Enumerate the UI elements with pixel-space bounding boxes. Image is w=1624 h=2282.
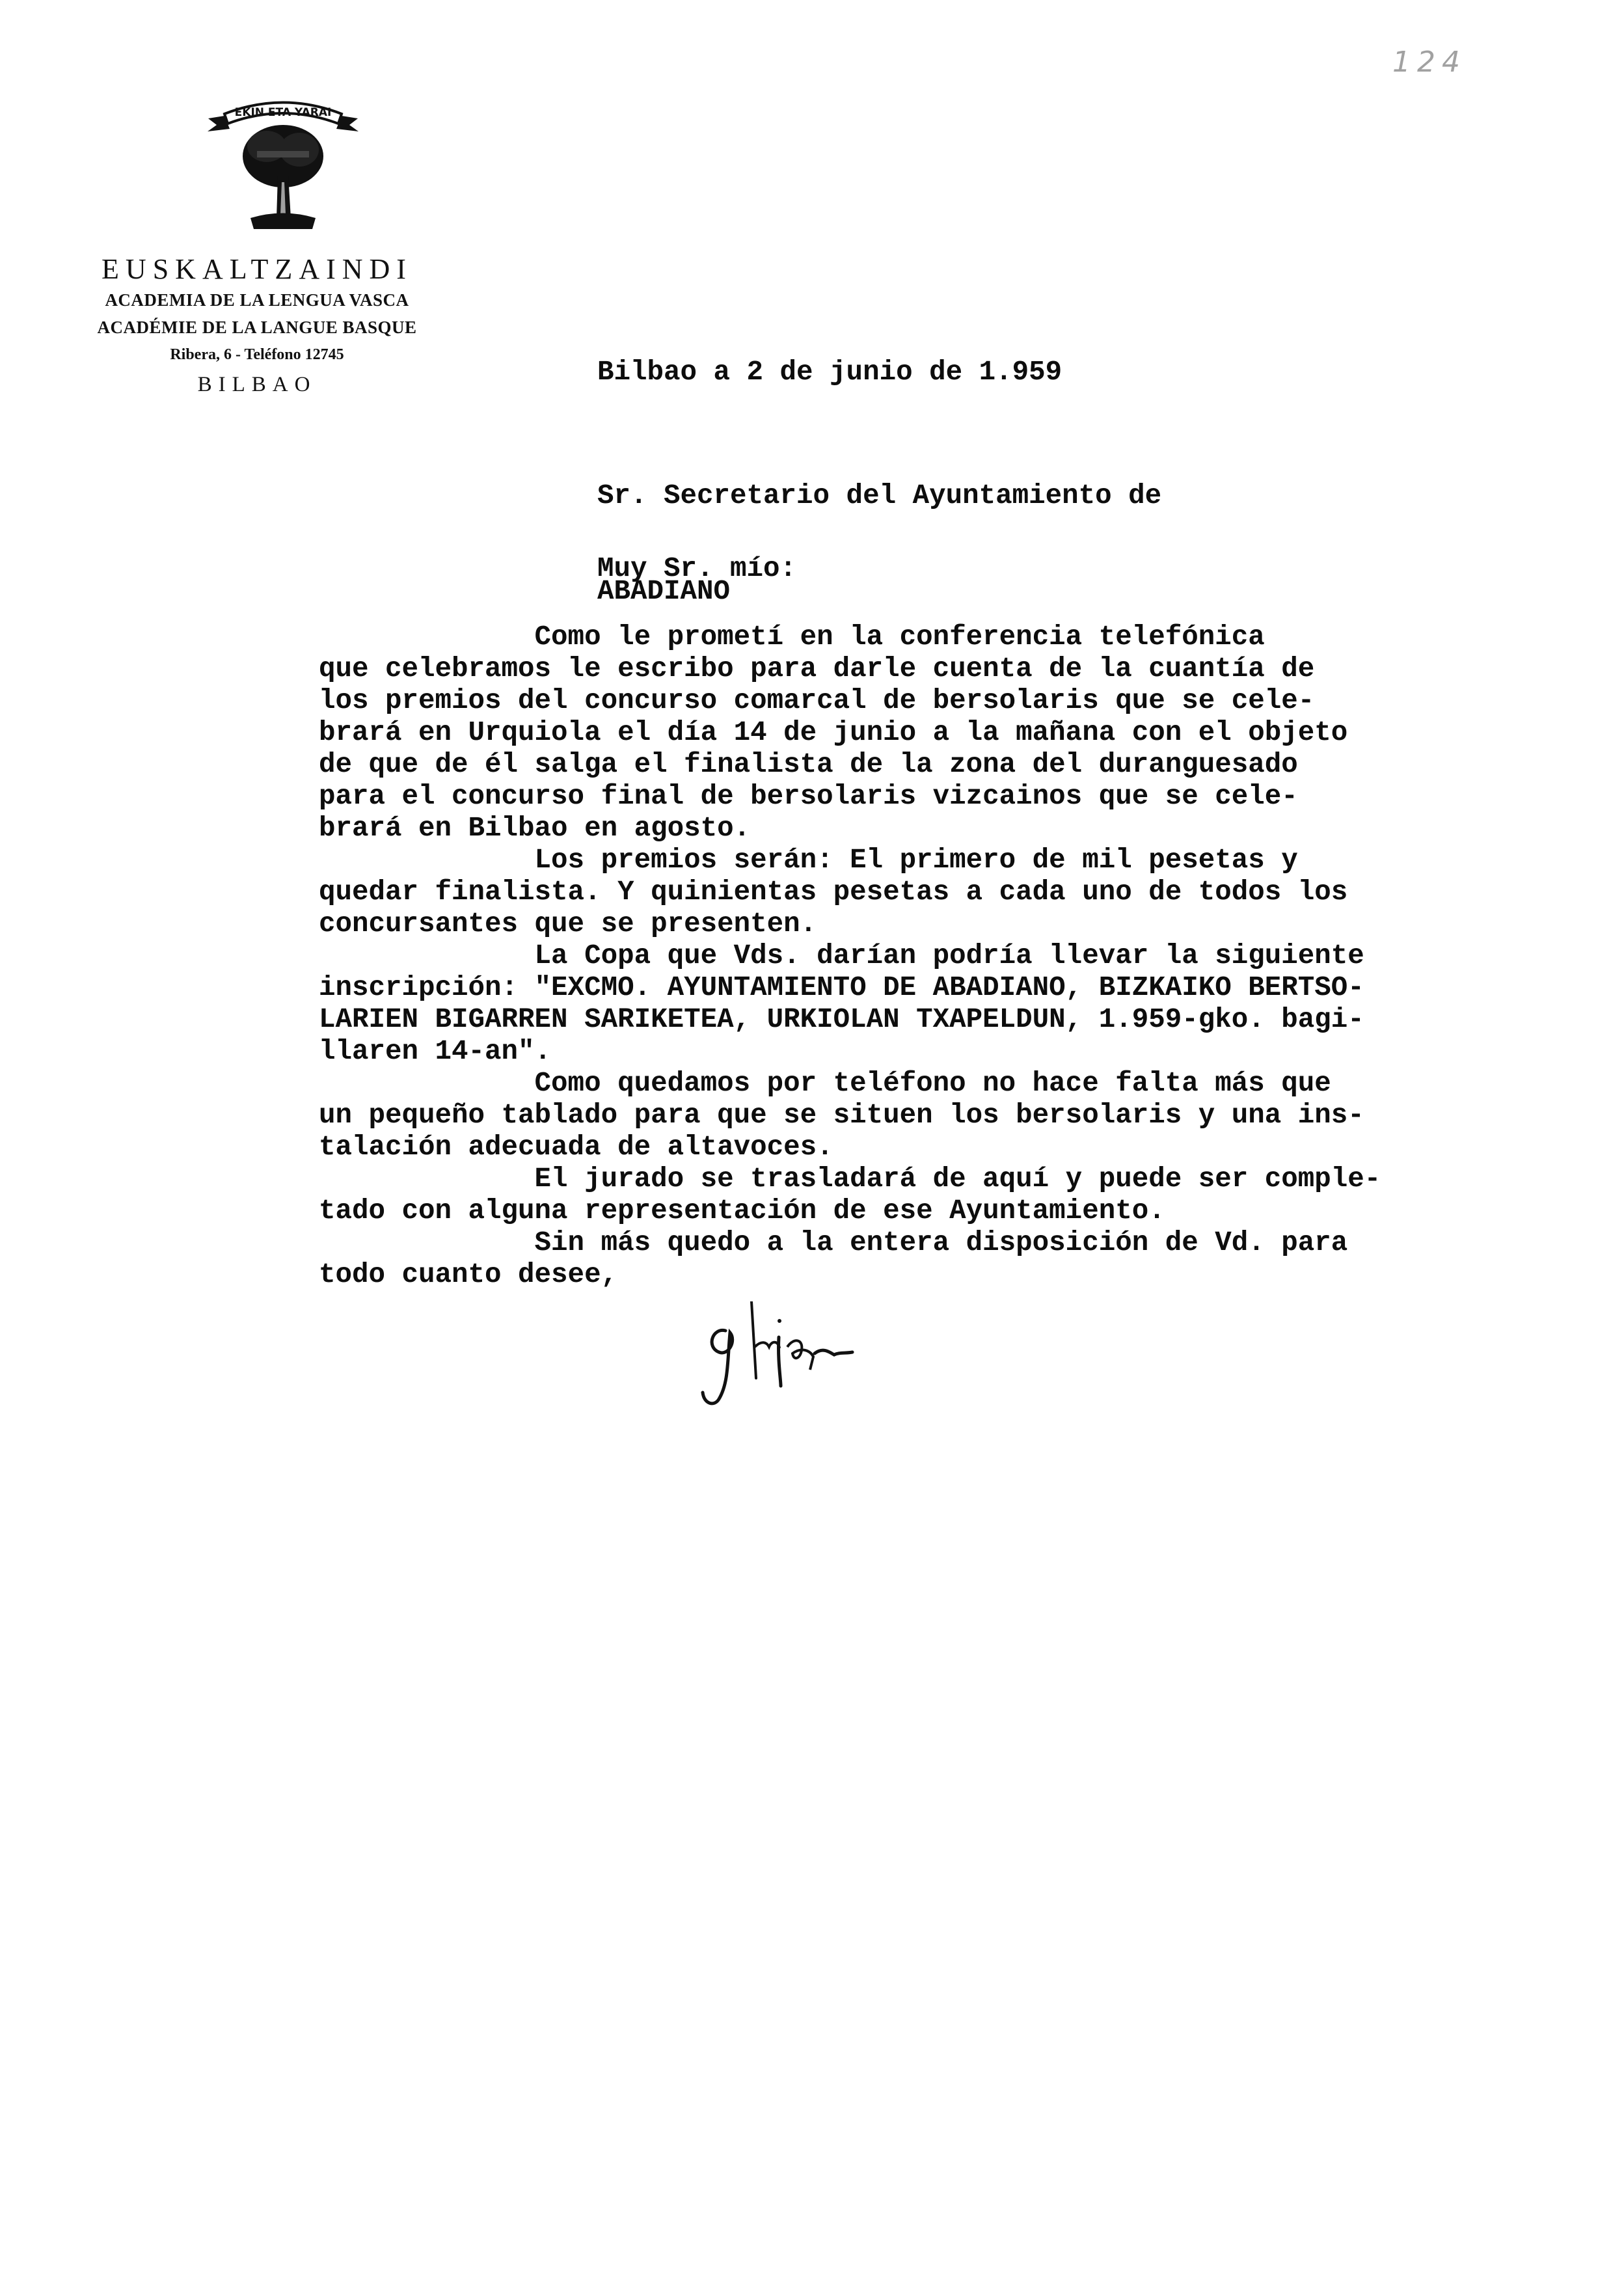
oak-tree-with-ribbon-icon: EKIN ETA YARAI [205,78,361,234]
letter-body-line: los premios del concurso comarcal de ber… [319,685,1381,717]
letter-body-line: que celebramos le escribo para darle cue… [319,653,1381,685]
letter-body-line: talación adecuada de altavoces. [319,1132,1381,1163]
org-subtitle-spanish: ACADEMIA DE LA LENGUA VASCA [72,286,442,314]
letter-body-line: inscripción: "EXCMO. AYUNTAMIENTO DE ABA… [319,972,1381,1004]
letter-body-line: concursantes que se presenten. [319,908,1381,940]
org-subtitle-french: ACADÉMIE DE LA LANGUE BASQUE [72,314,442,341]
letter-body-line: todo cuanto desee, [319,1259,1381,1291]
letter-body-line: quedar finalista. Y quinientas pesetas a… [319,876,1381,908]
svg-text:EKIN ETA YARAI: EKIN ETA YARAI [235,106,332,119]
org-address: Ribera, 6 - Teléfono 12745 [72,341,442,368]
letter-body-line: brará en Urquiola el día 14 de junio a l… [319,717,1381,749]
letter-body: Como le prometí en la conferencia telefó… [319,621,1381,1291]
letter-body-line: de que de él salga el finalista de la zo… [319,749,1381,781]
letter-body-line: El jurado se trasladará de aquí y puede … [319,1163,1381,1195]
recipient-block: Sr. Secretario del Ayuntamiento de ABADI… [597,416,1161,640]
salutation: Muy Sr. mío: [597,553,796,585]
letter-body-line: llaren 14-an". [319,1036,1381,1068]
handwritten-signature-icon [690,1301,963,1419]
letter-body-line: un pequeño tablado para que se situen lo… [319,1100,1381,1132]
letter-body-line: Sin más quedo a la entera disposición de… [319,1227,1381,1259]
page-number: 124 [1392,46,1467,79]
letter-date: Bilbao a 2 de junio de 1.959 [597,357,1062,388]
letter-body-line: Los premios serán: El primero de mil pes… [319,845,1381,876]
org-name: EUSKALTZAINDI [72,252,442,286]
org-city: BILBAO [72,368,442,401]
recipient-line: Sr. Secretario del Ayuntamiento de [597,480,1161,512]
letterhead: EKIN ETA YARAI EUSKALTZAINDI ACADEMIA DE… [72,78,442,401]
letter-body-line: tado con alguna representación de ese Ay… [319,1195,1381,1227]
letter-body-line: Como quedamos por teléfono no hace falta… [319,1068,1381,1100]
letter-body-line: Como le prometí en la conferencia telefó… [319,621,1381,653]
letter-body-line: LARIEN BIGARREN SARIKETEA, URKIOLAN TXAP… [319,1004,1381,1036]
letter-body-line: La Copa que Vds. darían podría llevar la… [319,940,1381,972]
letter-body-line: para el concurso final de bersolaris viz… [319,781,1381,813]
letter-body-line: brará en Bilbao en agosto. [319,813,1381,845]
